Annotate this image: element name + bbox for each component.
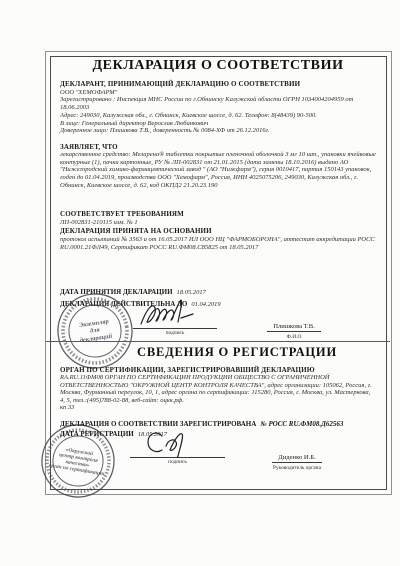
signatory-name: Плишкова Т.В. — [267, 323, 321, 332]
signatory-label: Ф.И.О — [238, 334, 350, 340]
org-head-signatory: Диденко И.Б. Руководитель органа — [232, 446, 362, 471]
cert-org-details: RA.RU.11ФМ08 ОРГАН ПО СЕРТИФИКАЦИИ ПРОДУ… — [60, 374, 376, 405]
signature-line — [133, 328, 217, 329]
product-description: лекарственное средство: Меларена® таблет… — [60, 151, 376, 190]
scanned-declaration-page: ДЕКЛАРАЦИЯ О СООТВЕТСТВИИ ДЕКЛАРАНТ, ПРИ… — [0, 0, 400, 566]
section-divider — [46, 341, 390, 342]
signature-label: подпись — [133, 330, 217, 336]
declarant-attorney: Доверенное лицо: Плишкова Т.В., доверенн… — [60, 127, 376, 135]
document-title: ДЕКЛАРАЦИЯ О СООТВЕТСТВИИ — [52, 58, 384, 74]
conforms-heading: СООТВЕТСТВУЕТ ТРЕБОВАНИЯМ — [60, 210, 376, 218]
requirements-text: ЛП-002831-210115 изм. № 1 — [60, 219, 376, 227]
signature-label: подпись — [130, 459, 225, 465]
registration-date-line: ДАТА РЕГИСТРАЦИИ 18.05.2017 — [60, 423, 376, 441]
basis-text: протокол испытаний № 3563 и от 16.05.201… — [60, 236, 376, 251]
cert-org-heading: ОРГАН ПО СЕРТИФИКАЦИИ, ЗАРЕГИСТРИРОВАВШИ… — [60, 366, 376, 374]
signatory-label: Руководитель органа — [232, 465, 362, 471]
registration-heading: СВЕДЕНИЯ О РЕГИСТРАЦИИ — [52, 345, 384, 360]
declarant-signature — [135, 298, 220, 328]
copy-for-declarations-stamp-icon: Экземпляр для деклараций — [51, 287, 139, 375]
stamp-center-text: Экземпляр для деклараций — [51, 287, 139, 375]
org-head-signature — [140, 428, 215, 458]
declarant-heading: ДЕКЛАРАНТ, ПРИНИМАЮЩИЙ ДЕКЛАРАЦИЮ О СООТ… — [60, 80, 376, 88]
registration-date-label: ДАТА РЕГИСТРАЦИИ — [60, 430, 134, 438]
basis-heading: ДЕКЛАРАЦИЯ ПРИНЯТА НА ОСНОВАНИИ — [60, 227, 376, 235]
declares-heading: ЗАЯВЛЯЕТ, ЧТО — [60, 143, 376, 151]
kp-number: кп 33 — [60, 404, 376, 412]
declarant-address: Адрес: 249030, Калужская обл., г. Обнинс… — [60, 112, 376, 120]
signatory-name: Диденко И.Б. — [272, 454, 322, 463]
declarant-signatory: Плишкова Т.В. Ф.И.О — [238, 315, 350, 340]
declarant-registration: Зарегистрировано : Инспекция МНС России … — [60, 96, 376, 111]
